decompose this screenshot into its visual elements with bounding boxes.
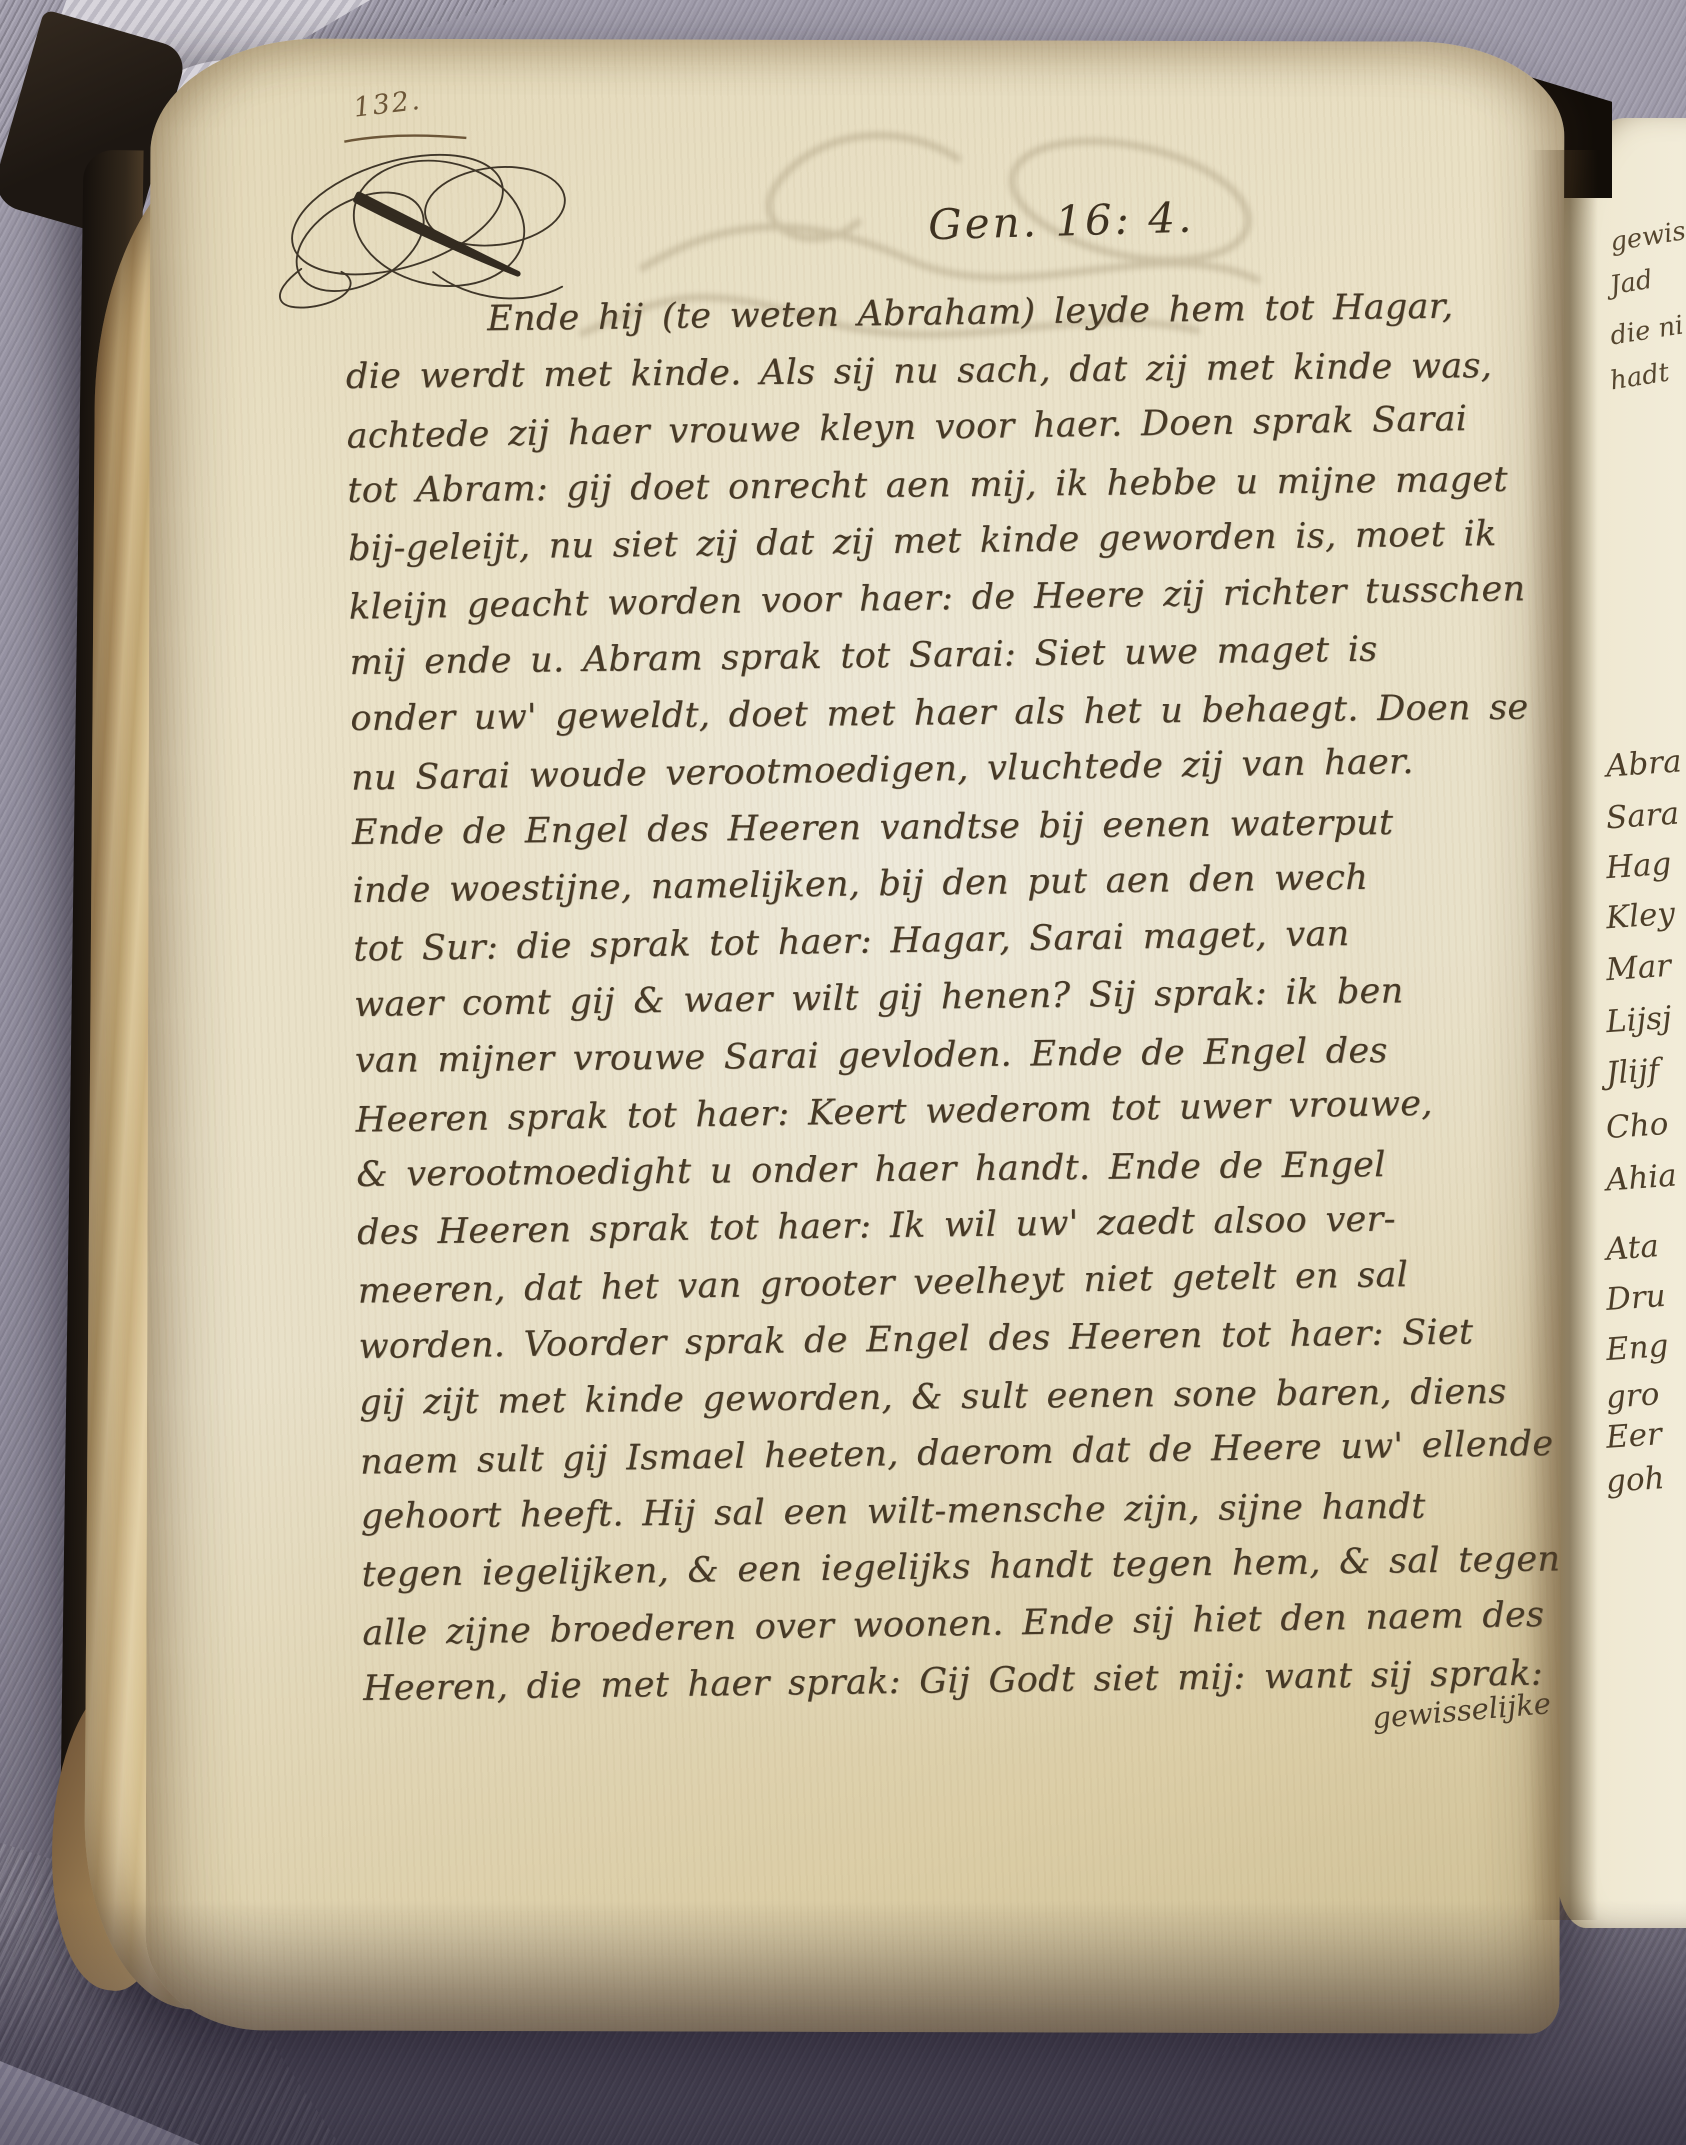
chapter-heading: Gen. 16: 4. [927, 193, 1194, 250]
facing-margin-name: Eer [1605, 1416, 1663, 1456]
facing-text-fragment: hadt [1608, 358, 1671, 397]
calligraphic-flourish [254, 126, 598, 317]
facing-margin-name: Lijsj [1605, 1000, 1673, 1040]
facing-margin-name: Kley [1605, 896, 1676, 937]
facing-margin-name: Mar [1605, 948, 1672, 988]
manuscript-body: Ende hij (te weten Abraham) leyde hem to… [345, 280, 1560, 1721]
facing-margin-name: Hag [1605, 846, 1673, 886]
gutter-crease [1528, 150, 1598, 1920]
facing-margin-name: Abra [1605, 743, 1683, 784]
facing-margin-name: Sara [1605, 795, 1680, 836]
facing-margin-name: goh [1605, 1460, 1666, 1500]
manuscript-page: 132. Gen. 16: 4. Ende hij (te weten Abra… [145, 38, 1564, 2034]
facing-margin-name: Ahia [1605, 1158, 1678, 1199]
manuscript-photo: gewis Jad die ni hadt Abra Sara Hag Kley… [0, 0, 1686, 2145]
facing-margin-name: Eng [1605, 1328, 1670, 1368]
facing-margin-name: Dru [1605, 1278, 1667, 1318]
bottom-shadow [0, 1900, 1686, 2145]
facing-margin-name: Ata [1605, 1228, 1660, 1268]
facing-margin-name: Jlijf [1605, 1052, 1661, 1092]
page-number: 132. [352, 85, 423, 124]
facing-text-fragment: gewis [1608, 216, 1686, 258]
facing-text-fragment: die ni [1608, 310, 1685, 351]
facing-margin-name: Cho [1605, 1106, 1670, 1146]
facing-margin-name: gro [1605, 1376, 1661, 1416]
facing-text-fragment: Jad [1608, 265, 1655, 301]
